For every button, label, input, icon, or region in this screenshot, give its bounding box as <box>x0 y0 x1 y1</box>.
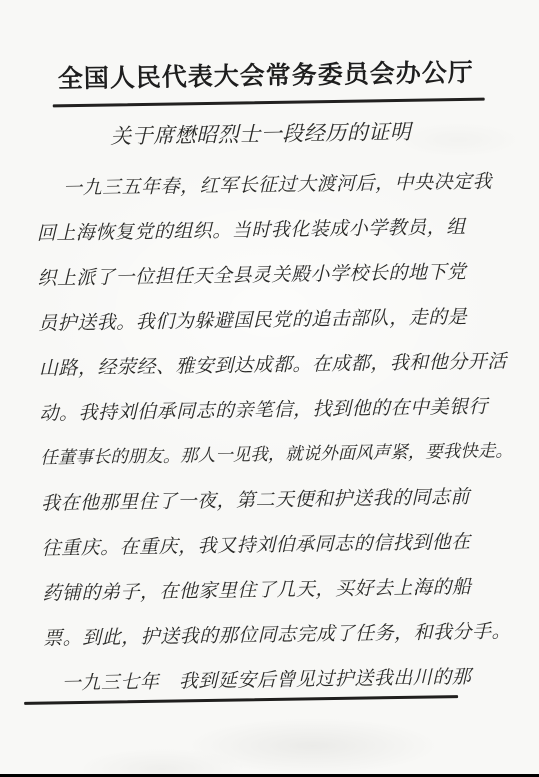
handwritten-line: 织上派了一位担任天全县灵关殿小学校长的地下党 <box>37 247 539 300</box>
handwritten-line: 回上海恢复党的组织。当时我化装成小学教员，组 <box>36 202 538 255</box>
handwritten-line: 我在他那里住了一夜，第二天便和护送我的同志前 <box>41 472 539 525</box>
handwritten-line: 往重庆。在重庆，我又持刘伯承同志的信找到他在 <box>41 517 539 570</box>
handwritten-line: 一九三七年 我到延安后曾见过护送我出川的那 <box>43 652 539 705</box>
handwritten-line: 任董事长的朋友。那人一见我，就说外面风声紧，要我快走。 <box>40 427 539 480</box>
scanned-page: 全国人民代表大会常务委员会办公厅 关于席懋昭烈士一段经历的证明 一九三五年春，红… <box>0 0 539 777</box>
handwritten-line: 票。到此，护送我的那位同志完成了任务，和我分手。 <box>43 607 539 660</box>
letterhead-rule <box>53 98 485 108</box>
document-subject: 关于席懋昭烈士一段经历的证明 <box>110 114 536 151</box>
page-content: 全国人民代表大会常务委员会办公厅 关于席懋昭烈士一段经历的证明 一九三五年春，红… <box>0 0 539 777</box>
letterhead-title: 全国人民代表大会常务委员会办公厅 <box>0 52 536 96</box>
handwritten-line: 一九三五年春，红军长征过大渡河后，中央决定我 <box>36 157 538 210</box>
document-body: 一九三五年春，红军长征过大渡河后，中央决定我 回上海恢复党的组织。当时我化装成小… <box>0 157 539 705</box>
handwritten-line: 动。我持刘伯承同志的亲笔信，找到他的在中美银行 <box>39 382 539 435</box>
handwritten-line: 员护送我。我们为躲避国民党的追击部队，走的是 <box>38 292 539 345</box>
handwritten-line: 药铺的弟子，在他家里住了几天，买好去上海的船 <box>42 562 539 615</box>
handwritten-line: 山路，经荥经、雅安到达成都。在成都，我和他分开活 <box>39 337 539 390</box>
